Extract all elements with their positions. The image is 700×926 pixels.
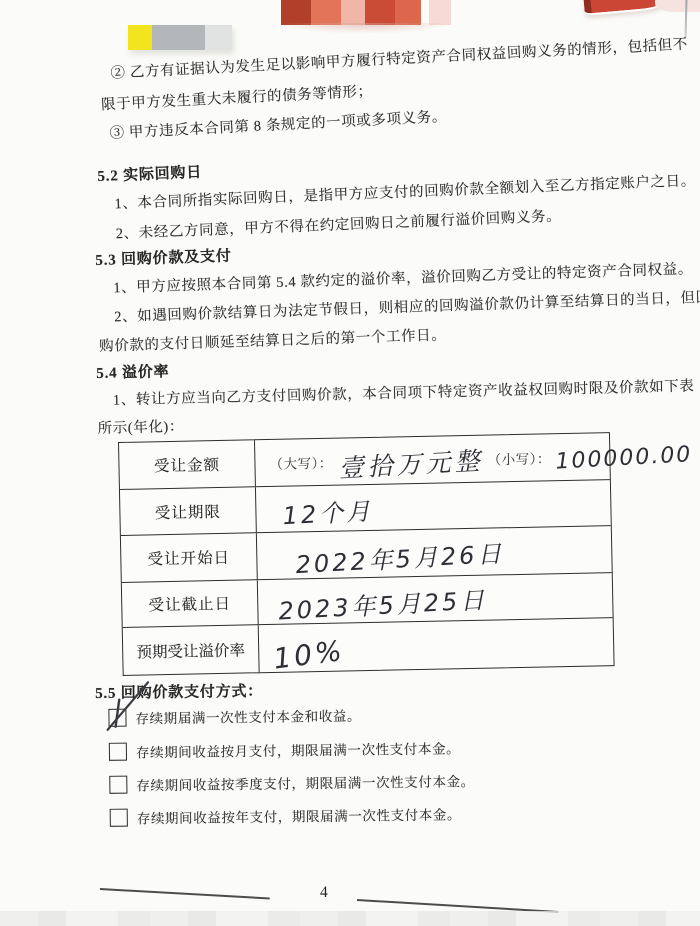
row-value-term: 12个月 xyxy=(256,480,611,532)
handwritten-start-date: 2022年5月26日 xyxy=(295,533,505,579)
amount-figures-prefix: （小写）： xyxy=(487,447,551,468)
payment-option-4-label: 存续期间收益按年支付，期限届满一次性支付本金。 xyxy=(137,803,462,827)
payment-option-2-label: 存续期间收益按月支付，期限届满一次性支付本金。 xyxy=(136,737,461,761)
section-5-4-heading: 5.4 溢价率 xyxy=(96,360,170,383)
handwritten-amount-figures: 100000.00 xyxy=(554,442,692,474)
row-label-end-date: 受让截止日 xyxy=(122,580,259,627)
redaction-highlight-block xyxy=(128,25,232,50)
payment-option-4: 存续期间收益按年支付，期限届满一次性支付本金。 xyxy=(110,803,462,828)
clause-item2-line2: 限于甲方发生重大未履行的债务等情形； xyxy=(101,80,374,115)
handwritten-term: 12个月 xyxy=(282,491,374,531)
checkbox-option-2[interactable] xyxy=(109,743,127,761)
repurchase-terms-table: 受让金额 （大写）： 壹拾万元整 （小写）： 100000.00 受让期限 12… xyxy=(118,432,615,676)
page-edge-line xyxy=(685,0,688,37)
section-5-3-para2-line2: 购价款的支付日顺延至结算日之后的第一个工作日。 xyxy=(99,323,447,356)
handwritten-amount-words: 壹拾万元整 xyxy=(338,441,485,485)
banner-shadow xyxy=(278,23,450,34)
checkbox-option-1[interactable] xyxy=(108,709,126,727)
section-5-4-para1-line2: 所示(年化)： xyxy=(97,415,184,438)
stamp-smear-artifact xyxy=(655,0,700,12)
cropped-red-banner-artifact xyxy=(281,0,451,25)
payment-option-3: 存续期间收益按季度支付，期限届满一次性支付本金。 xyxy=(109,770,475,795)
row-value-premium-rate: 10% xyxy=(259,618,614,672)
payment-option-1-label: 存续期届满一次性支付本金和收益。 xyxy=(135,705,361,728)
amount-words-prefix: （大写）： xyxy=(269,452,333,473)
section-5-5-heading: 5.5 回购价款支付方式： xyxy=(95,680,263,703)
row-label-term: 受让期限 xyxy=(120,487,257,535)
row-label-start-date: 受让开始日 xyxy=(121,533,258,582)
payment-option-1: 存续期届满一次性支付本金和收益。 xyxy=(108,705,361,728)
scanned-contract-page: ② 乙方有证据认为发生足以影响甲方履行特定资产合同权益回购义务的情形，包括但不 … xyxy=(0,0,700,926)
footer-rule-left xyxy=(100,888,270,899)
handwritten-end-date: 2023年5月25日 xyxy=(277,580,487,626)
row-label-premium-rate: 预期受让溢价率 xyxy=(123,625,260,675)
row-value-end-date: 2023年5月25日 xyxy=(258,573,613,624)
row-label-amount: 受让金额 xyxy=(119,440,256,489)
row-value-amount: （大写）： 壹拾万元整 （小写）： 100000.00 xyxy=(255,431,692,486)
table-row: 预期受让溢价率 10% xyxy=(123,617,614,675)
checkbox-option-4[interactable] xyxy=(110,809,128,827)
section-5-4-para1-line1: 1、转让方应当向乙方支付回购价款，本合同项下特定资产收益权回购时限及价款如下表 xyxy=(113,374,695,409)
scan-edge-noise xyxy=(0,911,700,926)
payment-option-2: 存续期间收益按月支付，期限届满一次性支付本金。 xyxy=(109,737,461,762)
section-5-2-heading: 5.2 实际回购日 xyxy=(97,161,202,186)
payment-option-3-label: 存续期间收益按季度支付，期限届满一次性支付本金。 xyxy=(136,770,475,794)
row-value-start-date: 2022年5月26日 xyxy=(257,526,612,579)
page-number: 4 xyxy=(320,884,329,902)
handwritten-premium-rate: 10% xyxy=(272,634,347,676)
checkbox-option-3[interactable] xyxy=(109,776,127,794)
section-5-3-heading: 5.3 回购价款及支付 xyxy=(95,244,232,270)
section-5-5: 5.5 回购价款支付方式： 存续期届满一次性支付本金和收益。 存续期间收益按月支… xyxy=(95,675,637,852)
